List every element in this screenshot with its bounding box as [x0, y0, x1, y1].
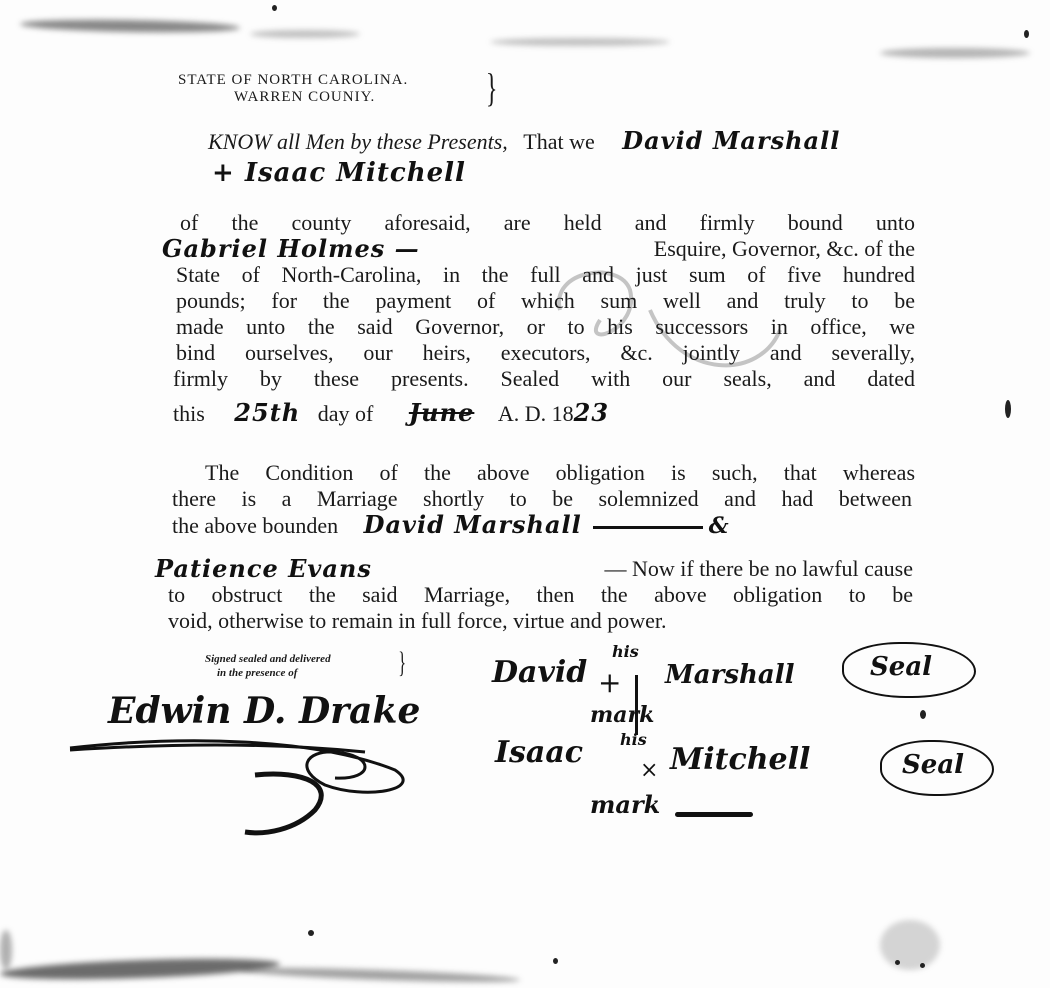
edge-stain: [240, 965, 520, 985]
governor-name-handwritten: Gabriel Holmes —: [162, 234, 420, 263]
edge-stain: [880, 48, 1030, 58]
signer-2-mark-cross: ×: [640, 758, 658, 783]
preamble-line: KNOW all Men by these Presents, That we …: [208, 128, 840, 155]
signer-1-mark-word: mark: [590, 702, 654, 728]
signer-1-mark-cross: +: [598, 666, 621, 699]
year-handwritten: 23: [574, 398, 609, 427]
witness-attestation-label: Signed sealed and delivered in the prese…: [205, 652, 331, 680]
body-line-6: bind ourselves, our heirs, executors, &c…: [176, 340, 915, 366]
ink-stroke: [675, 812, 753, 817]
condition-line-6: void, otherwise to remain in full force,…: [168, 608, 667, 634]
edge-stain: [880, 920, 940, 970]
signer-1-seal: Seal: [842, 642, 976, 698]
county-label: WARREN COUNıY.: [178, 89, 408, 106]
brace-glyph: }: [486, 68, 498, 108]
signer-2-first-name: Isaac: [495, 735, 583, 770]
signer-2-seal: Seal: [880, 740, 994, 796]
witness-label-line-1: Signed sealed and delivered: [205, 653, 331, 665]
body-line-3: State of North-Carolina, in the full and…: [176, 262, 915, 288]
month-handwritten: June: [409, 398, 475, 427]
body-line-7: firmly by these presents. Sealed with ou…: [173, 366, 915, 392]
day-of-phrase: day of: [318, 401, 374, 426]
signature-flourish: [65, 730, 425, 840]
condition-line-4: Patience Evans — Now if there be no lawf…: [155, 556, 913, 583]
witness-label-line-2: in the presence of: [205, 666, 331, 680]
body-line-2: Gabriel Holmes — Esquire, Governor, &c. …: [162, 236, 915, 263]
know-all-men-phrase: KNOW all Men by these Presents,: [208, 129, 508, 154]
ink-speck: [553, 958, 558, 964]
ink-speck: [308, 930, 314, 936]
day-handwritten: 25th: [234, 398, 300, 427]
bounden-phrase: the above bounden: [172, 513, 338, 538]
ampersand-handwritten: &: [709, 513, 730, 539]
lawful-cause-text: — Now if there be no lawful cause: [604, 556, 913, 582]
condition-line-5: to obstruct the said Marriage, then the …: [168, 582, 913, 608]
jurisdiction-header: STATE OF NORTH CAROLINA. WARREN COUNıY.: [178, 72, 408, 106]
signer-1-first-name: David: [492, 655, 587, 690]
anno-domini-prefix: A. D. 18: [498, 401, 574, 426]
signer-2-last-name: Mitchell: [670, 742, 810, 777]
state-label: STATE OF NORTH CAROLINA.: [178, 72, 408, 89]
body-line-5: made unto the said Governor, or to his s…: [176, 314, 915, 340]
signer-2-mark-word: mark: [590, 790, 660, 819]
seal-label: Seal: [902, 750, 964, 780]
obligors-handwritten: David Marshall: [622, 126, 840, 155]
bride-name-handwritten: Patience Evans: [155, 554, 372, 583]
groom-name-handwritten: David Marshall: [364, 510, 582, 539]
edge-stain: [250, 30, 360, 38]
condition-line-3: the above bounden David Marshall &: [172, 512, 730, 539]
seal-label: Seal: [870, 652, 932, 682]
body-line-1: of the county aforesaid, are held and fi…: [180, 210, 915, 236]
edge-stain: [0, 955, 280, 983]
brace-glyph: }: [398, 648, 406, 678]
esquire-governor-text: Esquire, Governor, &c. of the: [654, 236, 915, 262]
ink-speck: [1005, 400, 1011, 418]
ink-speck: [272, 5, 277, 11]
date-line: this 25th day of June A. D. 1823: [173, 400, 609, 427]
edge-stain: [490, 38, 670, 46]
ink-stroke: [593, 526, 703, 529]
obligors-handwritten-line2: + Isaac Mitchell: [212, 160, 466, 186]
ink-speck: [895, 960, 900, 965]
signer-1-last-name: Marshall: [665, 660, 794, 690]
witness-signature: Edwin D. Drake: [108, 690, 420, 732]
signer-1-his: his: [612, 642, 639, 661]
ink-speck: [920, 963, 925, 968]
condition-line-1: The Condition of the above obligation is…: [205, 460, 915, 486]
mark-stroke: [635, 675, 638, 735]
this-word: this: [173, 401, 205, 426]
condition-line-2: there is a Marriage shortly to be solemn…: [172, 486, 912, 512]
marriage-bond-document: STATE OF NORTH CAROLINA. WARREN COUNıY. …: [0, 0, 1050, 988]
ink-speck: [920, 710, 926, 719]
edge-stain: [0, 930, 12, 970]
that-we-phrase: That we: [523, 129, 594, 154]
ink-speck: [1024, 30, 1029, 38]
edge-stain: [20, 18, 240, 34]
signer-2-his: his: [620, 730, 647, 749]
body-line-4: pounds; for the payment of which sum wel…: [176, 288, 915, 314]
